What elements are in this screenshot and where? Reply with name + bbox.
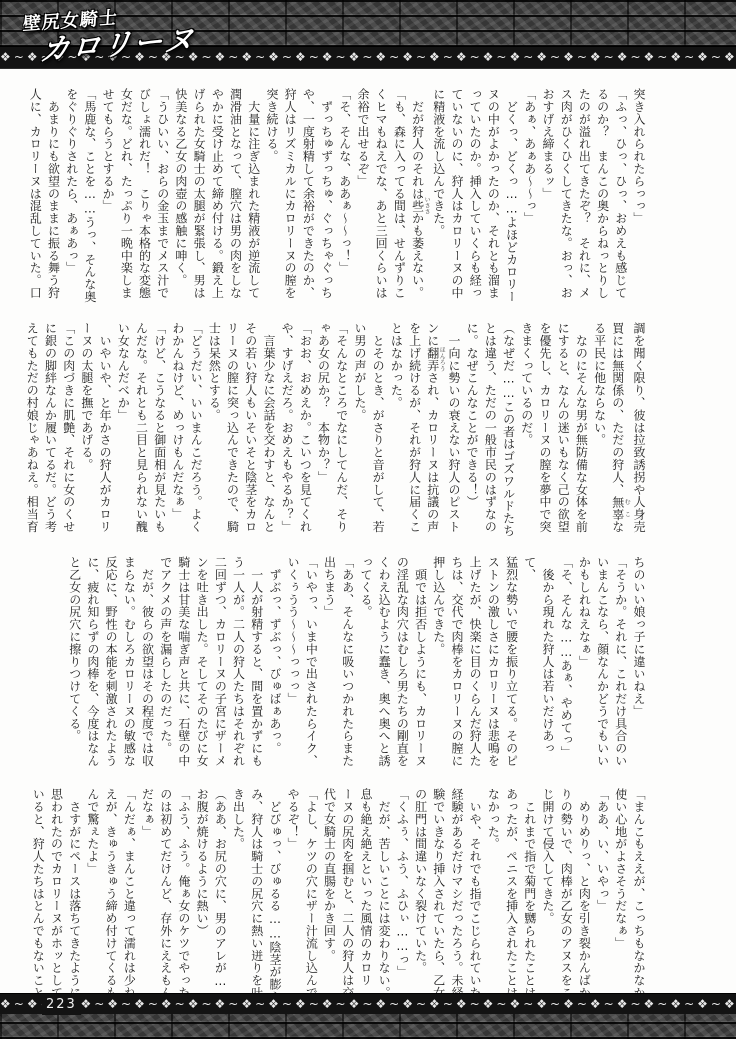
text-column: びしょ濡れだ！ こりゃ本格的な変態: [135, 88, 153, 304]
text-column: 「くふぅ、ふう、ふひぃ……っ」: [393, 788, 411, 1004]
text-column: 「も、森に入ってる間は、せんずりこ: [390, 88, 408, 304]
text-column: のは初めてだけんど、存外にええもん: [157, 788, 175, 1004]
text-column: 代で女騎士の直腸をかき回す。: [320, 788, 338, 1004]
text-column: りの勢いで、肉棒が乙女のアヌスをこ: [557, 788, 575, 1004]
text-column: いると、狩人たちはとんでもないこと: [29, 788, 47, 1004]
text-column: に銀の脚絆なんか履いてるだ。どう考: [41, 322, 59, 538]
text-column: 上げたが、快楽に目のくらんだ狩人た: [466, 556, 484, 772]
text-column: せてもらうとするか」: [99, 88, 117, 304]
text-column: （なぜだ……この者はゴズワルドたち: [499, 322, 517, 538]
text-column: 「ふう、ふう。俺ぁ女のケツでやった: [175, 788, 193, 1004]
text-column: 二回ずつ、カロリーヌの子宮にザーメ: [211, 556, 229, 772]
text-column: 一向に勢いの衰えない狩人のピスト: [445, 322, 463, 538]
text-column: とそのとき、がさりと音がして、若: [369, 322, 387, 538]
text-column: とはなかった。: [387, 322, 405, 538]
text-block-2: 調を聞く限り、彼は拉致誘拐や人身売買には無関係の、ただの狩人、無辜むこなる平民に…: [23, 322, 648, 538]
text-column: いくぅうう〜〜〜っっっ」: [284, 556, 302, 772]
text-column: 息も絶え絶えといった風情のカロリ: [357, 788, 375, 1004]
text-column: 頭では拒否しようにも、カロリーヌ: [411, 556, 429, 772]
text-column: 潤滑油となって、膣穴は男の肉をしな: [226, 88, 244, 304]
text-column: なかった。: [484, 788, 502, 1004]
text-column: ンに翻弄ほんろうされ、カロリーヌは抗議の声: [424, 322, 445, 538]
text-column: 「どうだい、いいまんこだろう。よく: [187, 322, 205, 538]
text-column: えが、きゅうきゅう締め付けてくるも: [102, 788, 120, 1004]
text-column: さすがにペースは落ちてきたように: [66, 788, 84, 1004]
text-block-1: 突き入れられたらっっ」「ふっ、ひっ、ひっ、おめえも感じてるのか？ まんこの奥から…: [26, 88, 648, 304]
text-column: 「けど、こうなると御面相が見たいも: [151, 322, 169, 538]
text-column: 「いやっ、いま中で出されたらイク、: [302, 556, 320, 772]
text-column: これまで指で菊門を嬲られたことは: [521, 788, 539, 1004]
text-column: るのか？ まんこの奥からねっとりし: [593, 88, 611, 304]
text-column: ちは、交代で肉棒をカロリーヌの膣に: [448, 556, 466, 772]
text-column: 騎士は甘美な喘ぎ声と共に、石壁の中: [175, 556, 193, 772]
text-column: どびゅっ、びゅるる……陰茎が膨ら: [266, 788, 284, 1004]
text-column: あったが、ペニスを挿入されたことは: [502, 788, 520, 1004]
text-column: 出ちまう」: [320, 556, 338, 772]
text-column: 「ああ、い、いやっ」: [593, 788, 611, 1004]
text-column: きまくっているのだ。: [518, 322, 536, 538]
text-column: に。なぜこんなことができる！）: [463, 322, 481, 538]
text-column: ンを吐き出した。そしてそのたびに女: [193, 556, 211, 772]
text-column: 反応に、野性の本能を刺激されたよう: [102, 556, 120, 772]
text-column: やかに受け止めて締め付ける。鍛え上: [208, 88, 226, 304]
text-column: 「ああ、そんなに吸いつかれたらまた: [339, 556, 357, 772]
text-column: ゃあ女の尻か？ 本物か？」: [314, 322, 332, 538]
text-column: ス肉がひくひくしてきたな。おっ、お: [557, 88, 575, 304]
text-column: どくっ、どくっ……よほどカロリー: [502, 88, 520, 304]
text-column: 調を聞く限り、彼は拉致誘拐や人身売: [630, 322, 648, 538]
text-column: 後から現れた狩人は若いだけあって、: [521, 556, 557, 772]
text-column: その若い狩人もいそいそと陰茎をカロ: [242, 322, 260, 538]
text-column: とは違う、ただの一般市民のはずなの: [481, 322, 499, 538]
text-column: なのにそんな男が無防備な女体を前: [572, 322, 590, 538]
text-column: ーヌの尻肉を掴むと、二人の狩人は交: [339, 788, 357, 1004]
text-column: いや、それでも指でこじられていた: [466, 788, 484, 1004]
text-column: あまりにも欲望のままに振る舞う狩: [44, 88, 62, 304]
ornament-chain-icon: ❖~❖~❖~❖~❖~❖~❖~❖~❖~❖~❖~❖~❖~❖~❖~❖~❖~❖~❖~❖~…: [0, 997, 736, 1011]
text-column: 余裕で出せるぞ」: [354, 88, 372, 304]
text-column: や、すげえだろ。おめえもやるか？」: [278, 322, 296, 538]
text-column: 「まんこもええが、こっちもなかなか: [630, 788, 648, 1004]
text-column: み、狩人は騎士の尻穴に熱い迸りを吐: [248, 788, 266, 1004]
text-column: 人に、カロリーヌは混乱していた。口: [26, 88, 44, 304]
text-column: 女だな。どれ、たっぷり一晩中楽しま: [117, 88, 135, 304]
text-column: んだな。それとも二目と見られない醜: [132, 322, 150, 538]
text-column: 猛烈な勢いで腰を振り立てる。そのピ: [502, 556, 520, 772]
text-column: 快美なる乙女の肉壺の感触に呻く。: [172, 88, 190, 304]
text-column: 突き入れられたらっっ」: [630, 88, 648, 304]
text-column: だなぁ」: [138, 788, 156, 1004]
text-column: 「んだぁ、まんこと違って濡れは少ね: [120, 788, 138, 1004]
text-column: だが、苦しいことには変わりない。: [375, 788, 393, 1004]
text-column: 士は呆然とする。: [205, 322, 223, 538]
text-column: だが、彼らの欲望はその程度では収: [138, 556, 156, 772]
text-column: 「そ、そんな、ああぁ〜〜っ！」: [336, 88, 354, 304]
text-column: 使い心地がよさそうだなぁ」: [612, 788, 630, 1004]
text-column: い男の声がした。: [351, 322, 369, 538]
text-column: （ああ、お尻の穴に、男のアレが……: [211, 788, 229, 1004]
text-block-3: ちのいい娘っ子に違いねえ」「そうか。それに、これだけ具合のいいまんこなら、顔なん…: [66, 556, 649, 772]
text-column: っていたのか。挿入していくらも経っ: [466, 88, 484, 304]
text-column: リーヌの膣に突っ込んできたので、騎: [223, 322, 241, 538]
text-column: ーヌの太腿を撫であげる。: [78, 322, 96, 538]
text-column: の淫乱な肉穴はむしろ男たちの剛直を: [393, 556, 411, 772]
text-column: くわえ込むように蠢き、奥へ奥へと誘: [375, 556, 393, 772]
text-column: だが狩人のそれは些いささかも萎えない。: [408, 88, 429, 304]
text-block-4: 「まんこもええが、こっちもなかなか使い心地がよさそうだなぁ」「ああ、い、いやっ」…: [29, 788, 648, 1004]
text-column: 思われたのでカロリーヌがホッとして: [47, 788, 65, 1004]
text-column: お腹が焼けるように熱い）: [193, 788, 211, 1004]
text-column: 押し込んできた。: [430, 556, 448, 772]
text-column: き出した。: [229, 788, 247, 1004]
text-column: をぐりぐりされたら、あぁあっ」: [63, 88, 81, 304]
text-column: 言葉少なに会話を交わすと、なんと: [260, 322, 278, 538]
text-column: わかんねけど、めっけもんだなぁ」: [169, 322, 187, 538]
text-column: くヒマもねえでな、あと三回くらいは: [372, 88, 390, 304]
text-column: 「ふっ、ひっ、ひっ、おめえも感じて: [612, 88, 630, 304]
text-column: の肛門は間違いなく裂けていた。: [411, 788, 429, 1004]
text-column: ていないのに、狩人はカロリーヌの中: [448, 88, 466, 304]
text-column: ヌの中がよかったのか、それとも溜ま: [484, 88, 502, 304]
bottom-brick-border: [0, 1014, 736, 1039]
page-number: 223: [42, 994, 81, 1015]
text-column: んで驚ぇたよ」: [84, 788, 102, 1004]
text-column: い女なんだべか」: [114, 322, 132, 538]
text-column: かもしれねえなぁ」: [575, 556, 593, 772]
text-column: 大量に注ぎ込まれた精液が逆流して: [245, 88, 263, 304]
text-column: 突き続ける。: [263, 88, 281, 304]
text-column: 「よし、ケツの穴にザー汁流し込んで: [302, 788, 320, 1004]
text-column: やるぞ！」: [284, 788, 302, 1004]
text-column: たのが溢れ出てきたぞ？ それに、メ: [575, 88, 593, 304]
text-column: 「そうか。それに、これだけ具合のい: [612, 556, 630, 772]
text-column: 「あぁ、あぁあ〜〜っ」: [521, 88, 539, 304]
text-column: 経験があるだけマシだったろう。未経: [448, 788, 466, 1004]
text-column: ずっちゅずっちゅ、ぐっちゃぐっち: [317, 88, 335, 304]
text-column: じ開けて侵入してきた。: [539, 788, 557, 1004]
text-column: 「馬鹿な、ことを……うっ、そんな奥: [81, 88, 99, 304]
text-column: でアクメの声を漏らしたのだった。: [157, 556, 175, 772]
text-column: ストンの激しさにカロリーヌは悲鳴を: [484, 556, 502, 772]
text-column: めりめりっ、と肉を引き裂かんばか: [575, 788, 593, 1004]
text-column: 狩人はリズミカルにカロリーヌの膣を: [281, 88, 299, 304]
text-column: う一人が。二人の狩人たちはそれぞれ: [229, 556, 247, 772]
novel-page: ❖~❖~❖~❖~❖~❖~❖~❖~❖~❖~❖~❖~❖~❖~❖~❖~❖~❖~❖~❖~…: [0, 0, 736, 1039]
bottom-ornament-border: 223 ❖~❖~❖~❖~❖~❖~❖~❖~❖~❖~❖~❖~❖~❖~❖~❖~❖~❖~…: [0, 993, 736, 1016]
text-column: に精液を流し込んできた。: [430, 88, 448, 304]
text-column: えてもただの村娘じゃあねえ。相当育: [23, 322, 41, 538]
text-column: げられた女騎士の太腿が緊張し、男は: [190, 88, 208, 304]
text-column: と乙女の尻穴に擦りつけてくる。: [66, 556, 84, 772]
series-logo: 壁尻女騎士 カロリーヌ: [22, 0, 197, 70]
text-column: る平民に他ならない。: [590, 322, 608, 538]
text-column: まらない。むしろカロリーヌの敏感な: [120, 556, 138, 772]
text-column: 験でいきなり挿入されていたら、乙女: [430, 788, 448, 1004]
text-column: いまんこなら、顔なんかどうでもいい: [593, 556, 611, 772]
text-column: を上げ続けるが、それが狩人に届くこ: [405, 322, 423, 538]
text-column: ずぶっ、ずぶっ、びゅばぁあっ。: [266, 556, 284, 772]
text-column: に、疲れ知らずの肉棒を、今度はなん: [84, 556, 102, 772]
text-column: 一人が射精すると、間を置かずにも: [248, 556, 266, 772]
text-column: ってくる。: [357, 556, 375, 772]
text-column: 「うひいい、おらの金玉までメス汁で: [154, 88, 172, 304]
text-column: ちのいい娘っ子に違いねえ」: [630, 556, 648, 772]
text-column: 「そ、そんな……あぁ、やめてっ」: [557, 556, 575, 772]
text-column: 「そんなところでなにしてんだ、そり: [333, 322, 351, 538]
text-column: 「おお、おめえか。こいつを見てくれ: [296, 322, 314, 538]
text-column: いやいや、と年かさの狩人がカロリ: [96, 322, 114, 538]
text-column: にすると、なんの迷いもなく己の欲望: [554, 322, 572, 538]
text-column: 「この肉づきに肌艶、それに女のくせ: [60, 322, 78, 538]
text-column: おすげえ締まるッ」: [539, 88, 557, 304]
text-column: や、一度射精して余裕ができたのか、: [299, 88, 317, 304]
text-column: 買には無関係の、ただの狩人、無辜むこな: [609, 322, 630, 538]
text-column: を優先し、カロリーヌの膣を夢中で突: [536, 322, 554, 538]
